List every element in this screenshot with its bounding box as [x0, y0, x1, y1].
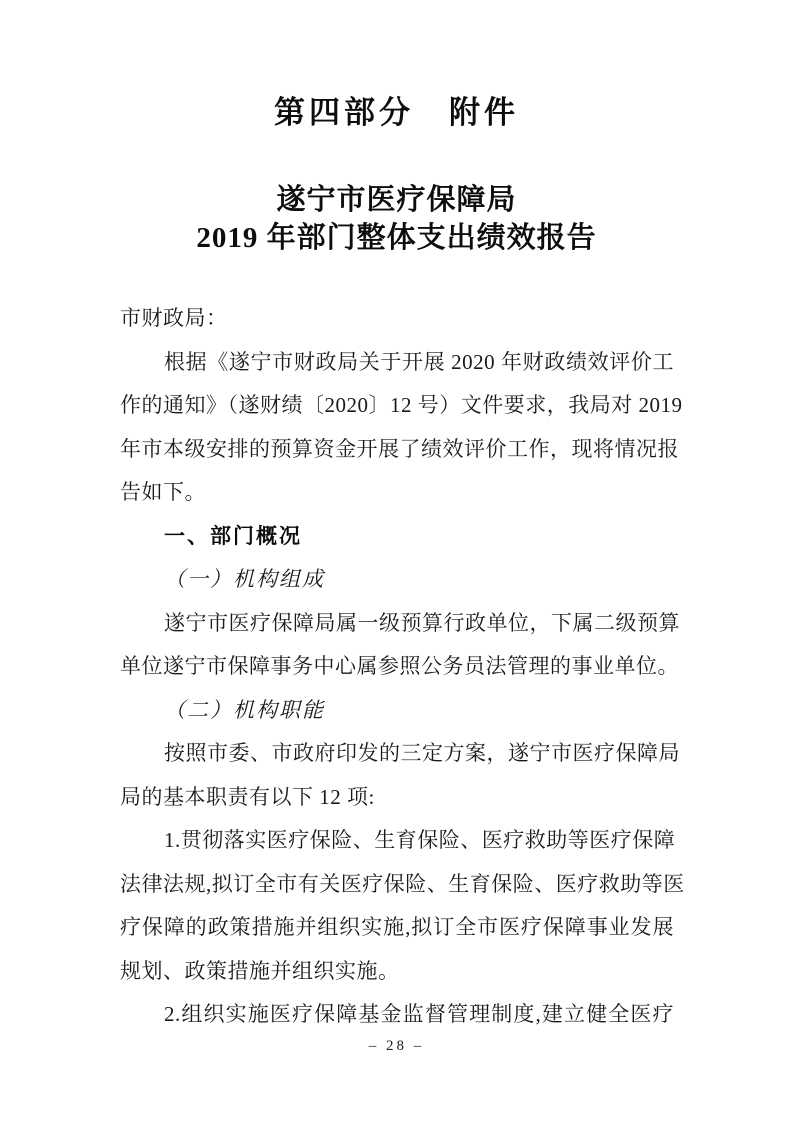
document-page: 第四部分 附件 遂宁市医疗保障局 2019 年部门整体支出绩效报告 市财政局：根…: [0, 0, 793, 1122]
body-line: 1.贯彻落实医疗保险、生育保险、医疗救助等医疗保障: [120, 819, 674, 863]
body-line: 规划、政策措施并组织实施。: [120, 950, 674, 994]
subsection-heading-line: （一）机构组成: [120, 558, 674, 602]
body-line: 疗保障的政策措施并组织实施,拟订全市医疗保障事业发展: [120, 906, 674, 950]
body-line: 市财政局：: [120, 297, 674, 341]
body-line: 单位遂宁市保障事务中心属参照公务员法管理的事业单位。: [120, 645, 674, 689]
subsection-heading-line: （二）机构职能: [120, 689, 674, 733]
document-title: 遂宁市医疗保障局 2019 年部门整体支出绩效报告: [0, 181, 793, 257]
body-line: 年市本级安排的预算资金开展了绩效评价工作，现将情况报: [120, 428, 674, 472]
page-number: – 28 –: [0, 1037, 793, 1055]
document-body: 市财政局：根据《遂宁市财政局关于开展 2020 年财政绩效评价工作的通知》（遂财…: [120, 297, 674, 1037]
body-line: 局的基本职责有以下 12 项:: [120, 776, 674, 820]
section-heading-line: 一、部门概况: [120, 515, 674, 559]
body-line: 法律法规,拟订全市有关医疗保险、生育保险、医疗救助等医: [120, 863, 674, 907]
body-line: 作的通知》（遂财绩〔2020〕12 号）文件要求，我局对 2019: [120, 384, 674, 428]
body-line: 根据《遂宁市财政局关于开展 2020 年财政绩效评价工: [120, 341, 674, 385]
document-title-line2: 2019 年部门整体支出绩效报告: [0, 219, 793, 257]
part-title: 第四部分 附件: [0, 94, 793, 132]
body-line: 告如下。: [120, 471, 674, 515]
body-line: 按照市委、市政府印发的三定方案，遂宁市医疗保障局: [120, 732, 674, 776]
body-line: 遂宁市医疗保障局属一级预算行政单位，下属二级预算: [120, 602, 674, 646]
body-line: 2.组织实施医疗保障基金监督管理制度,建立健全医疗: [120, 993, 674, 1037]
document-title-line1: 遂宁市医疗保障局: [0, 181, 793, 219]
